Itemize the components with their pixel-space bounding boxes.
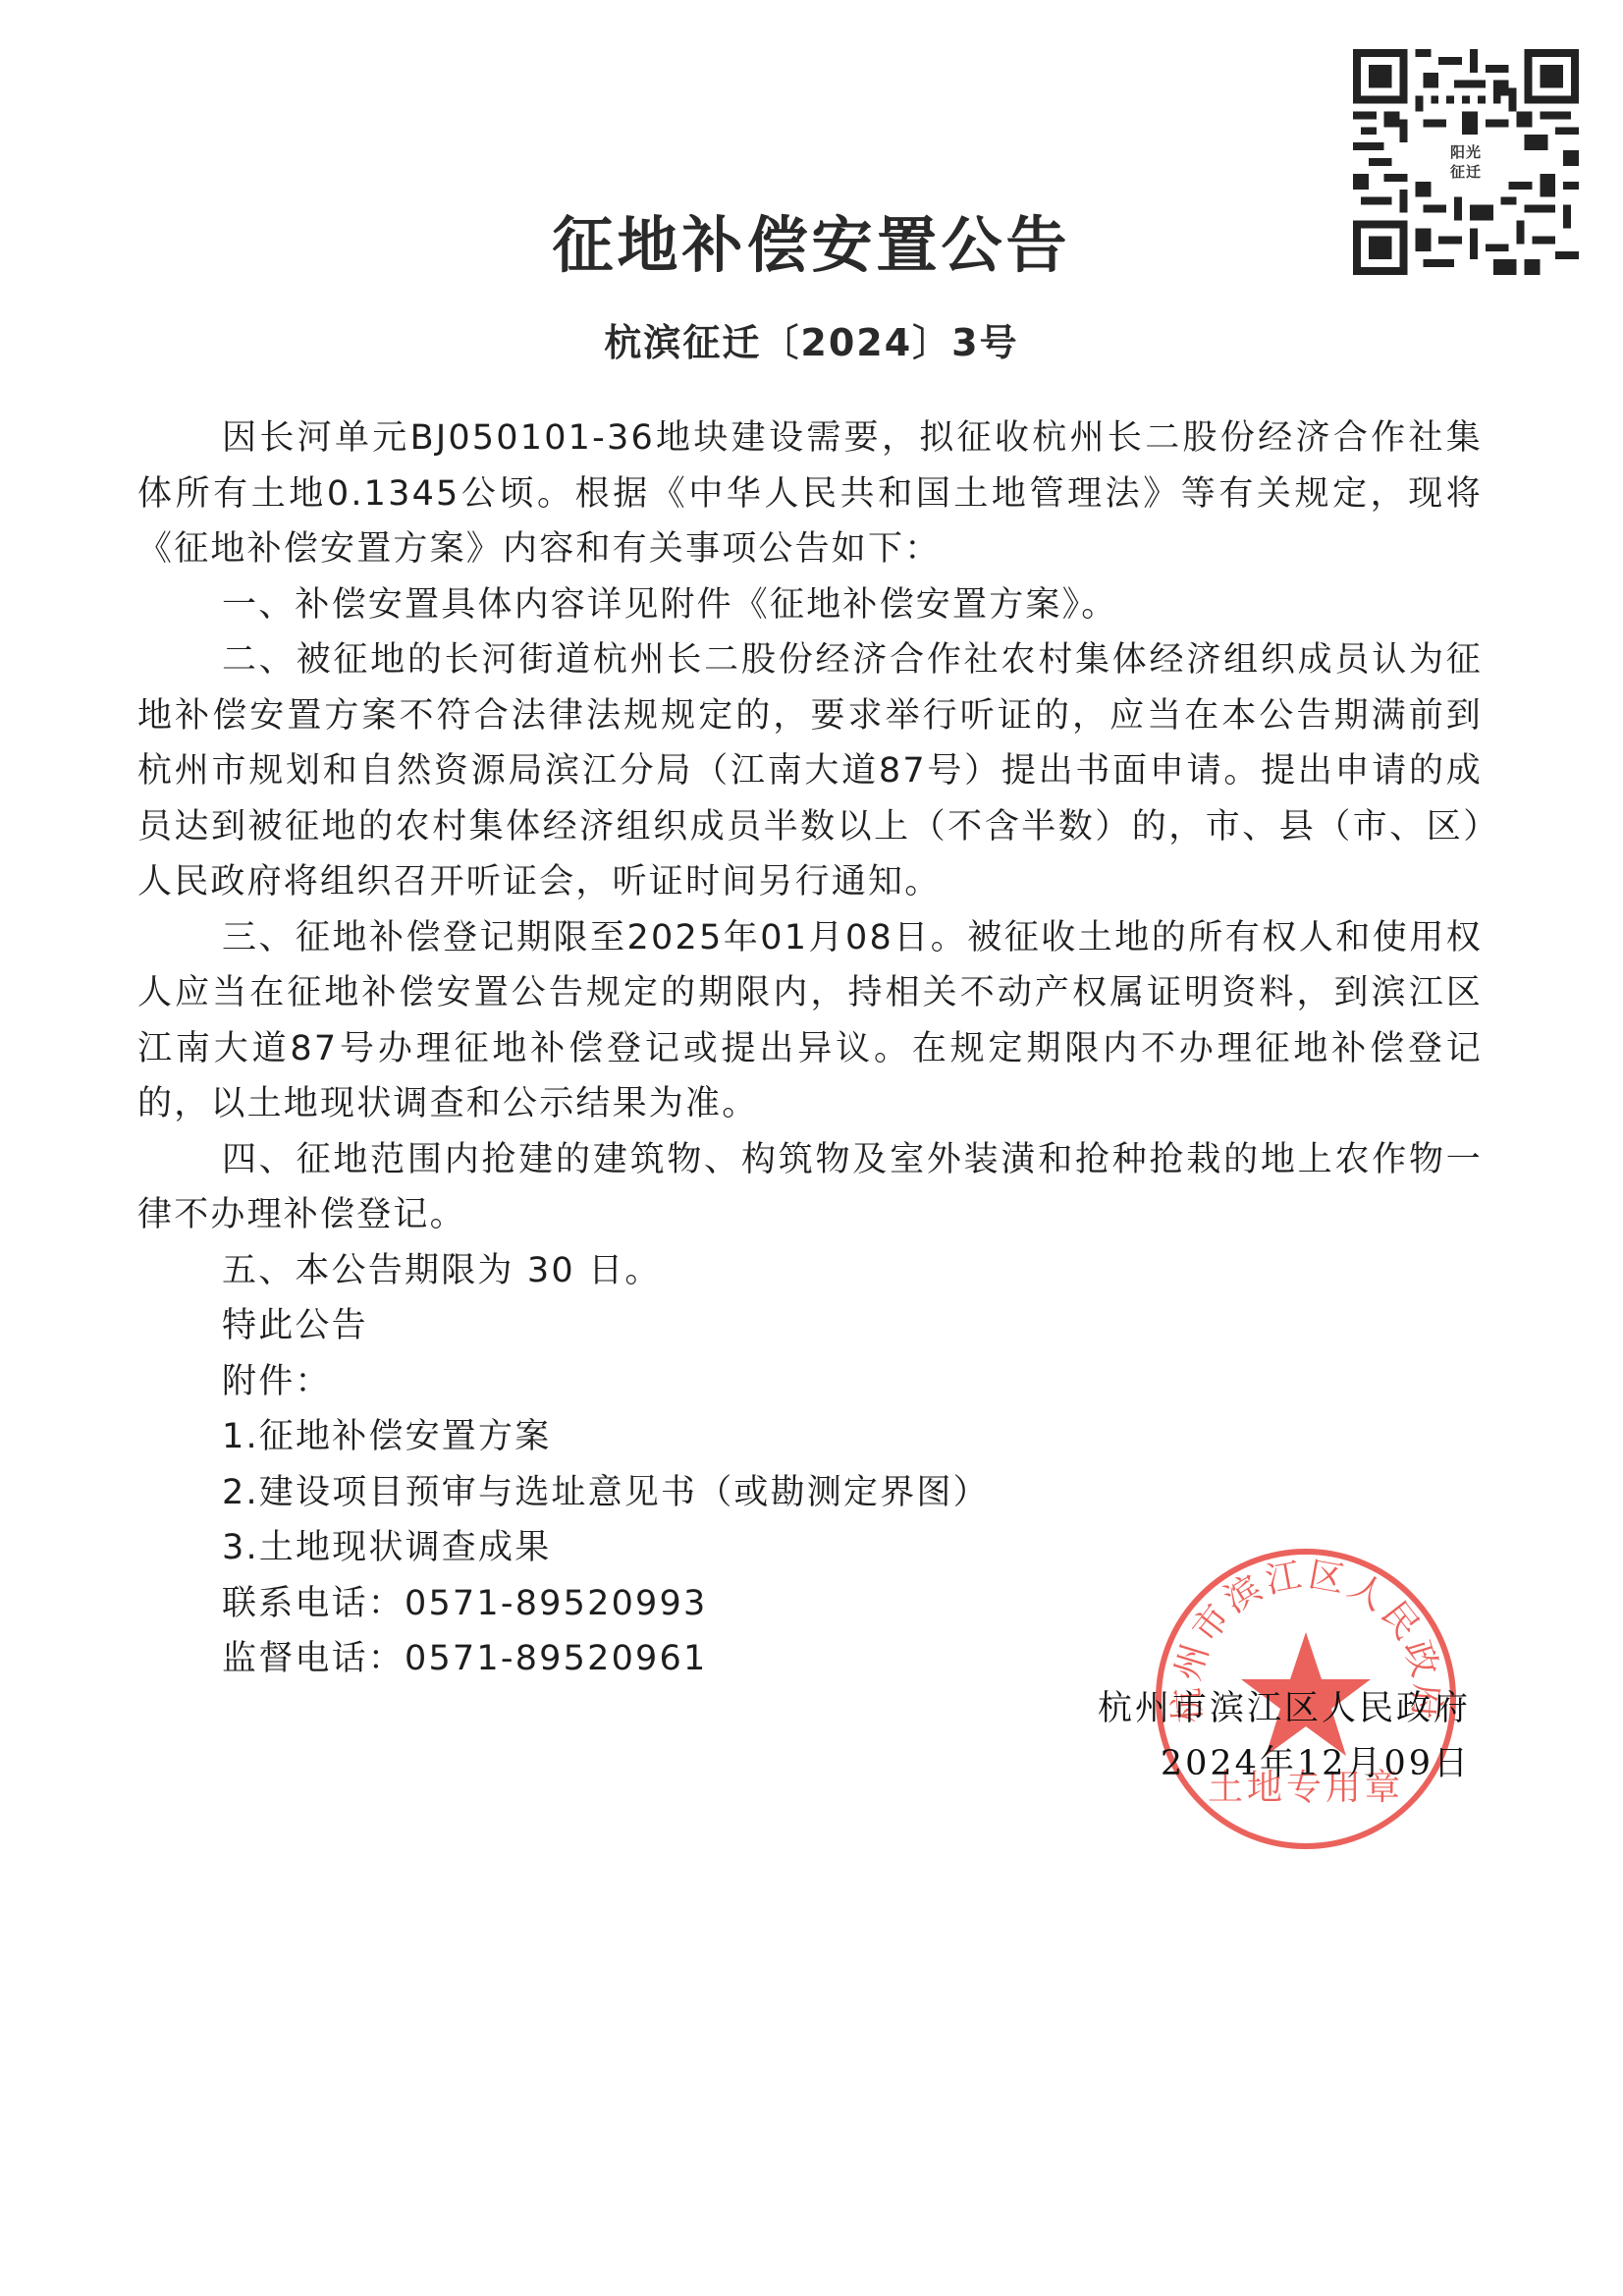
item-4: 四、征地范围内抢建的建筑物、构筑物及室外装潢和抢种抢栽的地上农作物一律不办理补偿… [137,1132,1483,1243]
document-number: 杭滨征迁〔2024〕3号 [0,312,1623,366]
issuer-name: 杭州市滨江区人民政府 [1098,1681,1471,1736]
qr-badge-line1: 阳光 [1443,142,1488,162]
attachments-label: 附件： [137,1354,1483,1410]
item-1: 一、补偿安置具体内容详见附件《征地补偿安置方案》。 [137,577,1483,633]
signature-block: 杭州市滨江区人民政府 2024年12月09日 [1098,1681,1471,1791]
document-title: 征地补偿安置公告 [0,196,1623,284]
item-5: 五、本公告期限为 30 日。 [137,1243,1483,1299]
qr-badge: 阳光 征迁 [1443,139,1488,185]
attachment-2: 2.建设项目预审与选址意见书（或勘测定界图） [137,1465,1483,1521]
issue-date: 2024年12月09日 [1098,1736,1471,1791]
closing-text: 特此公告 [137,1298,1483,1354]
item-2: 二、被征地的长河街道杭州长二股份经济合作社农村集体经济组织成员认为征地补偿安置方… [137,632,1483,910]
item-3: 三、征地补偿登记期限至2025年01月08日。被征收土地的所有权人和使用权人应当… [137,910,1483,1132]
intro-paragraph: 因长河单元BJ050101-36地块建设需要，拟征收杭州长二股份经济合作社集体所… [137,410,1483,577]
document-body: 因长河单元BJ050101-36地块建设需要，拟征收杭州长二股份经济合作社集体所… [137,410,1483,1687]
qr-badge-line2: 征迁 [1443,162,1488,182]
attachment-1: 1.征地补偿安置方案 [137,1409,1483,1465]
